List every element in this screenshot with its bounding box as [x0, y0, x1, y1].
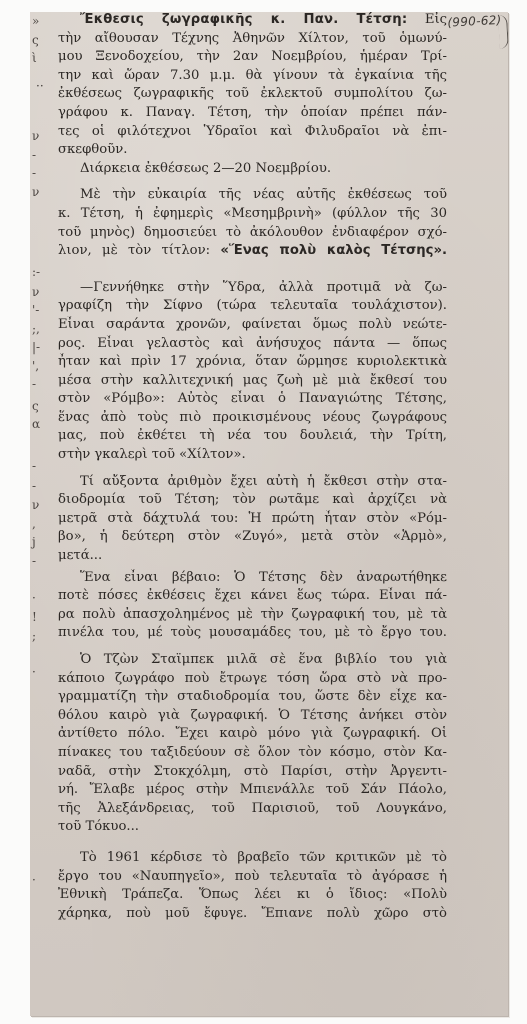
margin-fragment: ·· — [36, 80, 44, 92]
announcement-paragraph: Ἔκθεσις ζωγραφικῆς κ. Παν. Τέτση: Εἰς τὴ… — [58, 11, 447, 178]
text-line: μετά... — [58, 547, 447, 566]
text-line: κάποιο ζωγράφο ποὺ ἔτρωγε τόση ὥρα στὸ ν… — [58, 670, 447, 689]
text-line: ἐκθέσεως ζωγραφικῆς τοῦ ἐκλεκτοῦ συμπολί… — [58, 85, 447, 104]
text-line: γραμματίζη τὴν σταδιοδρομία του, ὥστε δὲ… — [58, 688, 447, 707]
margin-fragment: - — [32, 460, 36, 472]
text-line: ρος. Εἶναι γελαστὸς καὶ ἀνήσυχος πάντα —… — [58, 335, 447, 354]
text-line: κ. Τέτση, ἡ ἐφημερὶς «Μεσημβρινὴ» (φύλλο… — [58, 205, 447, 224]
spacer — [58, 465, 447, 473]
paragraph-award: Τὸ 1961 κέρδισε τὸ βραβεῖο τῶν κριτικῶν … — [58, 849, 447, 923]
annotation-text: (990-62) — [447, 13, 502, 30]
margin-fragment: - — [32, 378, 36, 390]
intro-paragraph: Μὲ τὴν εὐκαιρία τῆς νέας αὐτῆς ἐκθέσεως … — [58, 186, 447, 260]
text-line: ναδᾶ, στὴν Στοκχόλμη, στὸ Παρίσι, στὴν Ἀ… — [58, 763, 447, 782]
margin-fragment: ;, — [32, 323, 40, 335]
text-fragment: λιον, μὲ τὸν τίτλον: — [58, 243, 210, 258]
paragraph-exhibition-count: Τί αὔξοντα ἀριθμὸν ἔχει αὐτὴ ἡ ἔκθεσι στ… — [58, 473, 447, 566]
margin-fragment: ν — [32, 186, 39, 198]
margin-fragment: |- — [32, 341, 40, 353]
text-line: θόλου καιρὸ γιὰ ζωγραφική. Ὁ Τέτσης ἀνήκ… — [58, 707, 447, 726]
margin-fragment: · — [32, 874, 36, 886]
text-line: στὸν «Ρόμβο»: Αὐτὸς εἶναι ὁ Παναγιώτης Τ… — [58, 390, 447, 409]
margin-fragment: ', — [32, 360, 39, 372]
announcement-headline: Ἔκθεσις ζωγραφικῆς κ. Παν. Τέτση: — [80, 12, 407, 27]
text-line: Ἐθνικὴ Τράπεζα. Ὅπως λέει κι ὁ ἴδιος: «Π… — [58, 886, 447, 905]
text-line: στὴν γκαλερὶ τοῦ «Χίλτον». — [58, 446, 447, 465]
margin-fragment: ; — [32, 630, 36, 642]
text-line: τοῦ μηνὸς) δημοσιεύει τὸ ἀκόλουθον ἐνδια… — [58, 224, 447, 243]
margin-fragment: » — [32, 15, 39, 27]
text-line: μου Ξενοδοχείου, τὴν 2αν Νοεμβρίου, ἡμέρ… — [58, 48, 447, 67]
text-fragment: Εἰς — [425, 12, 447, 27]
margin-fragment: · — [32, 666, 36, 678]
text-line: μας, ποὺ ἐκθέτει τὴ νέα του δουλειά, τὴν… — [58, 427, 447, 446]
margin-fragment: ς — [32, 34, 39, 46]
margin-fragment: α — [32, 418, 40, 430]
margin-fragment: ν — [32, 130, 39, 142]
text-line: γράφου κ. Παναγ. Τέτση, τὴν ὁποίαν πρέπε… — [58, 104, 447, 123]
text-line: Ὁ Τζὼν Σταϊμπεκ μιλᾶ σὲ ἕνα βιβλίο του γ… — [58, 651, 447, 670]
text-line: τῆς Ἀλεξάνδρειας, τοῦ Παρισιοῦ, τοῦ Λουγ… — [58, 800, 447, 819]
paragraph-busy: Ἕνα εἶναι βέβαιο: Ὁ Τέτσης δὲν ἀναρωτήθη… — [58, 569, 447, 643]
text-line: ἦταν καὶ πρὶν 17 χρόνια, ὅταν ὥρμησε κυρ… — [58, 353, 447, 372]
text-line: Τί αὔξοντα ἀριθμὸν ἔχει αὐτὴ ἡ ἔκθεσι στ… — [58, 473, 447, 492]
intro-last-line: λιον, μὲ τὸν τίτλον: «Ἕνας πολὺ καλὸς Τέ… — [58, 242, 447, 261]
margin-fragment: - — [32, 149, 36, 161]
handwritten-annotation: (990-62) — [447, 12, 511, 55]
text-line: σκεφθοῦν. — [58, 141, 447, 160]
spacer — [58, 837, 447, 849]
article-title: «Ἕνας πολὺ καλὸς Τέτσης». — [220, 243, 447, 258]
margin-fragment: ς — [32, 400, 39, 412]
margin-fragment: , — [32, 518, 36, 530]
text-line: βο», ἡ δεύτερη στὸν «Ζυγό», μετὰ στὸν «Ἁ… — [58, 528, 447, 547]
text-line: διοδρομία τοῦ Τέτση; τὸν ρωτᾶμε καὶ ἀρχί… — [58, 491, 447, 510]
text-line: τὴν αἴθουσαν Τέχνης Ἀθηνῶν Χίλτον, τοῦ ὁ… — [58, 30, 447, 49]
text-line: τες οἱ φιλότεχνοι Ὑδραῖοι καὶ Φιλυδραῖοι… — [58, 123, 447, 142]
spacer — [58, 261, 447, 279]
margin-fragment: :- — [32, 266, 40, 278]
text-line: ἔργο του «Ναυπηγεῖο», ποὺ τελευταῖα τὸ ἀ… — [58, 868, 447, 887]
paragraph-steinbeck: Ὁ Τζὼν Σταϊμπεκ μιλᾶ σὲ ἕνα βιβλίο του γ… — [58, 651, 447, 837]
text-line: Ἕνα εἶναι βέβαιο: Ὁ Τέτσης δὲν ἀναρωτήθη… — [58, 569, 447, 588]
margin-fragment: '- — [32, 304, 39, 316]
margin-fragment: - — [32, 480, 36, 492]
paragraph-birth: —Γεννήθηκε στὴν Ὕδρα, ἀλλὰ προτιμᾶ νὰ ζω… — [58, 279, 447, 465]
margin-fragment: ν — [32, 499, 39, 511]
text-line: ἕνας ἀπὸ τοὺς πιὸ προικισμένους νέους ζω… — [58, 409, 447, 428]
annotation-bracket — [498, 15, 509, 49]
margin-fragment: ὶ — [32, 52, 37, 64]
article-body: Ἔκθεσις ζωγραφικῆς κ. Παν. Τέτση: Εἰς τὴ… — [58, 11, 447, 923]
spacer — [58, 178, 447, 186]
text-line: νή. Ἔλαβε μέρος στὴν Μπιενάλλε τοῦ Σάν Π… — [58, 781, 447, 800]
margin-fragment: · — [32, 592, 36, 604]
text-line: ἀντίθετο πόλο. Ἔχει καιρὸ μόνο γιὰ ζωγρα… — [58, 725, 447, 744]
margin-fragment: ν — [32, 286, 39, 298]
margin-fragment: ! — [32, 611, 37, 623]
text-line: τοῦ Τόκυο... — [58, 818, 447, 837]
text-line: μέσα στὴν καλλιτεχνική μας ζωὴ μὲ μιὰ ἔκ… — [58, 372, 447, 391]
scanned-page: » ς ὶ ·· ν - - ν :- ν '- ;, |- ', - ς α … — [0, 0, 527, 1024]
text-line: μετρᾶ στὰ δάχτυλά του: Ἡ πρώτη ἦταν στὸν… — [58, 510, 447, 529]
margin-fragment: - — [32, 555, 36, 567]
text-line: Μὲ τὴν εὐκαιρία τῆς νέας αὐτῆς ἐκθέσεως … — [58, 186, 447, 205]
margin-fragment: - — [32, 167, 36, 179]
text-line: Εἶναι σαράντα χρονῶν, φαίνεται ὅμως πολὺ… — [58, 316, 447, 335]
text-line: πίνακες του ταξιδεύουν σὲ ὅλον τὸν κόσμο… — [58, 744, 447, 763]
text-line: γραφίζη τὴν Σίφνο (τώρα τελευταῖα τουλάχ… — [58, 297, 447, 316]
announcement-first-line: Ἔκθεσις ζωγραφικῆς κ. Παν. Τέτση: Εἰς — [58, 11, 447, 30]
left-margin-cut-text: » ς ὶ ·· ν - - ν :- ν '- ;, |- ', - ς α … — [32, 12, 46, 912]
text-line: —Γεννήθηκε στὴν Ὕδρα, ἀλλὰ προτιμᾶ νὰ ζω… — [58, 279, 447, 298]
margin-fragment: j — [32, 536, 36, 548]
text-line: Τὸ 1961 κέρδισε τὸ βραβεῖο τῶν κριτικῶν … — [58, 849, 447, 868]
spacer — [58, 643, 447, 651]
text-line: την καὶ ὥραν 7.30 μ.μ. θὰ γίνουν τὰ ἐγκα… — [58, 67, 447, 86]
exhibition-duration: Διάρκεια ἐκθέσεως 2—20 Νοεμβρίου. — [58, 160, 447, 179]
text-line: ρα πολὺ ἀπασχολημένος μὲ τὴν ζωγραφική τ… — [58, 606, 447, 625]
text-line: πινέλα του, μέ τοὺς μουσαμάδες του, μὲ τ… — [58, 624, 447, 643]
text-line: χάρηκα, ποὺ μοῦ ἔφυγε. Ἔπιανε πολὺ χῶρο … — [58, 905, 447, 924]
text-line: ποτὲ πόσες ἐκθέσεις ἔχει κάνει ἕως τώρα.… — [58, 587, 447, 606]
